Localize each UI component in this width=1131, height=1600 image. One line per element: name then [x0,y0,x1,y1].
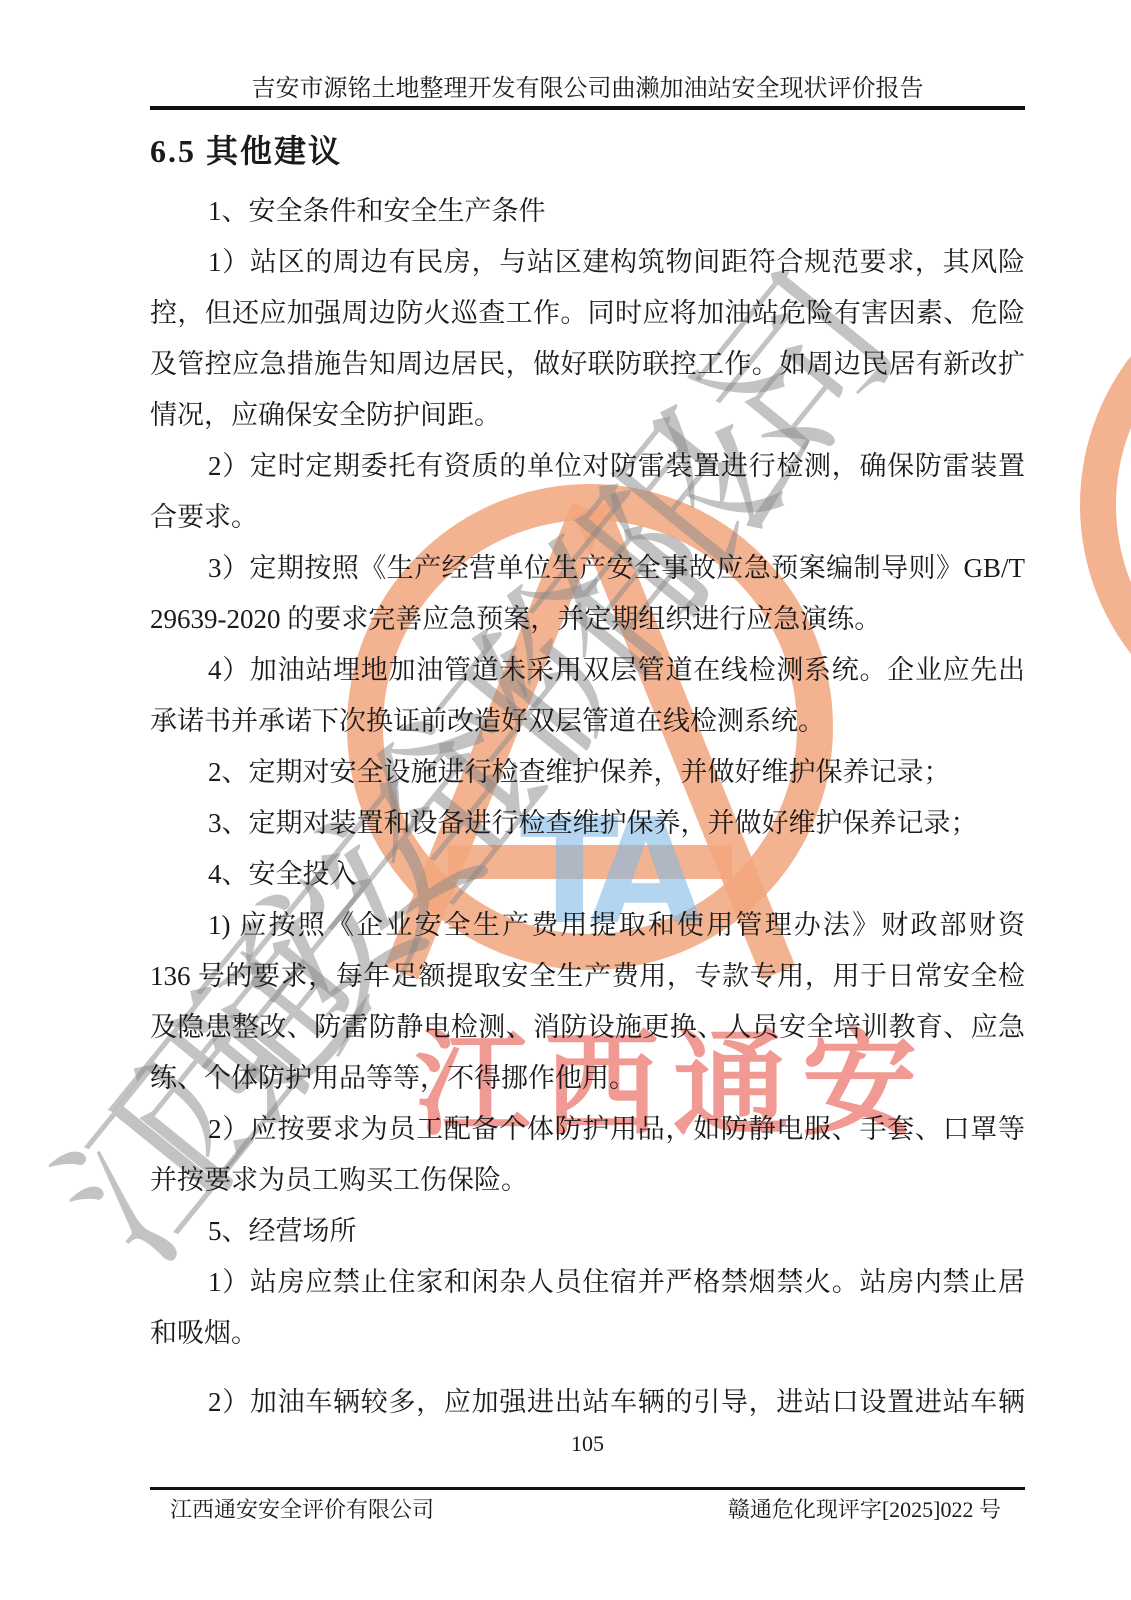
body-line: 4）加油站埋地加油管道未采用双层管道在线检测系统。企业应先出具 [150,645,1025,696]
body-line: 29639-2020 的要求完善应急预案，并定期组织进行应急演练。 [150,594,1025,645]
footer-company-name: 江西通安安全评价有限公司 [170,1497,434,1523]
body-line: 及管控应急措施告知周边居民，做好联防联控工作。如周边民居有新改扩建 [150,339,1025,390]
body-line: 合要求。 [150,492,1025,543]
header-rule [150,106,1025,110]
report-page: TA 江西通安安全评价有限公司 江西通安 吉安市源铭土地整理开发有限公司曲濑加油… [0,0,1131,1600]
document-content: 吉安市源铭土地整理开发有限公司曲濑加油站安全现状评价报告 6.5 其他建议 1、… [0,0,1131,1600]
body-line: 2）加油车辆较多，应加强进出站车辆的引导，进站口设置进站车辆限 [150,1377,1025,1428]
section-heading: 6.5 其他建议 [150,132,342,170]
body-line: 1) 应按照《企业安全生产费用提取和使用管理办法》财政部财资(2022) [150,900,1025,951]
body-line: 情况，应确保安全防护间距。 [150,390,1025,441]
body-line: 并按要求为员工购买工伤保险。 [150,1155,1025,1206]
body-text: 1、安全条件和安全生产条件1）站区的周边有民房，与站区建构筑物间距符合规范要求，… [150,186,1025,1428]
body-line: 练、个体防护用品等等，不得挪作他用。 [150,1053,1025,1104]
body-line: 1）站房应禁止住家和闲杂人员住宿并严格禁烟禁火。站房内禁止居住 [150,1257,1025,1308]
body-line: 4、安全投入 [150,849,1025,900]
footer-rule [150,1487,1025,1490]
body-line: 承诺书并承诺下次换证前改造好双层管道在线检测系统。 [150,696,1025,747]
page-number: 105 [150,1432,1025,1456]
footer-document-number: 赣通危化现评字[2025]022 号 [728,1497,1001,1523]
body-line: 2）定时定期委托有资质的单位对防雷装置进行检测，确保防雷装置符 [150,441,1025,492]
body-line: 及隐患整改、防雷防静电检测、消防设施更换、人员安全培训教育、应急演 [150,1002,1025,1053]
page-header-title: 吉安市源铭土地整理开发有限公司曲濑加油站安全现状评价报告 [150,76,1025,102]
body-line: 3、定期对装置和设备进行检查维护保养，并做好维护保养记录； [150,798,1025,849]
body-line: 2、定期对安全设施进行检查维护保养，并做好维护保养记录； [150,747,1025,798]
body-line: 1）站区的周边有民房，与站区建构筑物间距符合规范要求，其风险可 [150,237,1025,288]
body-line: 和吸烟。 [150,1308,1025,1359]
body-line: 控，但还应加强周边防火巡查工作。同时应将加油站危险有害因素、危险源 [150,288,1025,339]
body-line: 3）定期按照《生产经营单位生产安全事故应急预案编制导则》GB/T [150,543,1025,594]
body-line: 5、经营场所 [150,1206,1025,1257]
body-line: 2）应按要求为员工配备个体防护用品，如防静电服、手套、口罩等等， [150,1104,1025,1155]
body-line: 136 号的要求，每年足额提取安全生产费用，专款专用，用于日常安全检查 [150,951,1025,1002]
body-line: 1、安全条件和安全生产条件 [150,186,1025,237]
